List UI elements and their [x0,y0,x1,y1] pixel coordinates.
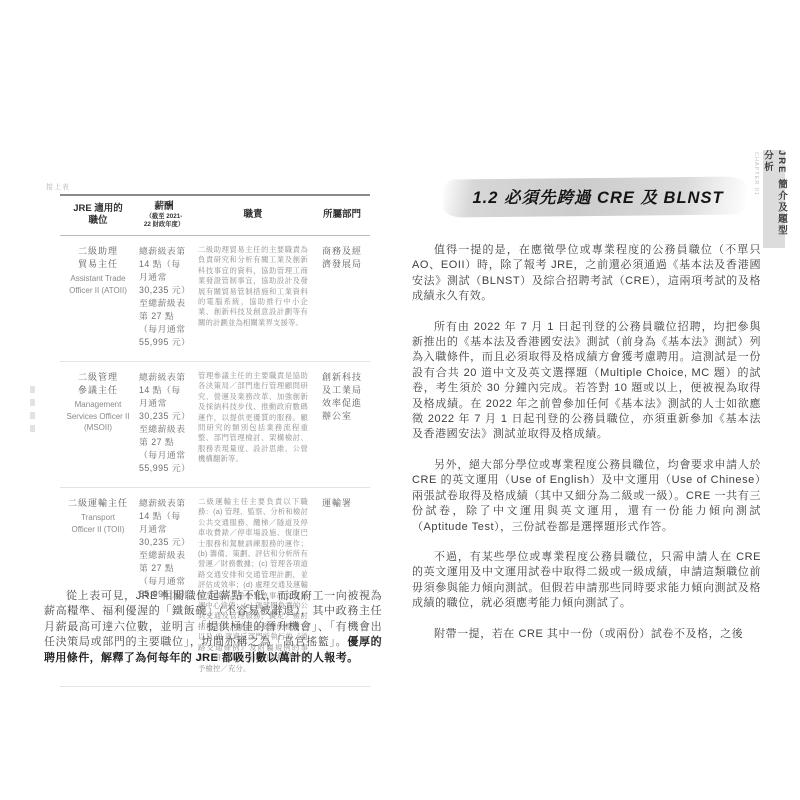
cell-position: 二級管理 參議主任 Management Services Officer II… [60,371,136,434]
department-name: 運輸署 [322,497,362,510]
position-name-zh: 二級助理 貿易主任 [60,245,136,271]
table-continuation-note: 接上表 [46,182,70,192]
cell-department: 運輸署 [314,497,370,510]
column-header-salary: 薪酬 （截至 2021- 22 財政年度） [136,201,192,229]
cell-department: 創新科技及工業局效率促進辦公室 [314,371,370,423]
body-paragraph: 附帶一提，若在 CRE 其中一份（或兩份）試卷不及格，之後 [412,627,761,642]
column-header-salary-subtitle: （截至 2021- 22 財政年度） [139,213,189,229]
right-page-body: 值得一提的是，在應徵學位或專業程度的公務員職位（不單只 AO、EOII）時，除了… [412,243,761,657]
chapter-number-label: CHAPTER 01 [753,152,759,196]
table-row: 二級管理 參議主任 Management Services Officer II… [60,362,370,488]
position-name-en: Assistant Trade Officer II (ATOII) [60,273,136,296]
body-paragraph: 所有由 2022 年 7 月 1 日起刊登的公務員職位招聘，均把參與新推出的《基… [412,320,761,443]
section-heading: 1.2 必須先跨過 CRE 及 BLNST [448,184,748,208]
column-header-position: JRE 適用的 職位 [60,203,136,227]
chapter-tab-title: JRE 簡介及題型分析 [760,150,788,248]
position-name-en: Management Services Officer II (MSOII) [60,399,136,434]
position-name-zh: 二級管理 參議主任 [60,371,136,397]
column-header-department: 所屬部門 [314,209,370,221]
body-paragraph: 另外，絕大部分學位或專業程度公務員職位，均會要求申請人於 CRE 的英文運用（U… [412,458,761,535]
department-name: 創新科技及工業局效率促進辦公室 [322,371,362,423]
table-row: 二級助理 貿易主任 Assistant Trade Officer II (AT… [60,236,370,362]
position-name-zh: 二級運輸主任 [60,497,136,510]
column-header-salary-title: 薪酬 [154,201,173,212]
spine-shadow [30,386,36,470]
cell-position: 二級助理 貿易主任 Assistant Trade Officer II (AT… [60,245,136,296]
cell-duties: 二級助理貿易主任的主要職責為負責研究和分析有關工業及創新科技事宜的資料，協助管理… [192,245,314,328]
chapter-edge-tab: JRE 簡介及題型分析 [763,150,785,248]
column-header-duties: 職責 [192,209,314,221]
left-page-closing-paragraph: 從上表可見，JRE 相關職位起薪點不低，而政府工一向被視為薪高糧準、福利優渥的「… [44,589,382,666]
cell-salary: 總薪級表第 14 點（每月通常 30,235 元）至總薪級表第 27 點（每月通… [136,245,192,349]
position-name-en: Transport Officer II (TOII) [60,512,136,535]
book-spread-page: 接上表 JRE 適用的 職位 薪酬 （截至 2021- 22 財政年度） 職責 … [0,0,800,800]
cell-department: 商務及經濟發展局 [314,245,370,271]
table-header-row: JRE 適用的 職位 薪酬 （截至 2021- 22 財政年度） 職責 所屬部門 [60,194,370,236]
closing-paragraph-normal: 從上表可見，JRE 相關職位起薪點不低，而政府工一向被視為薪高糧準、福利優渥的「… [44,590,382,648]
body-paragraph: 值得一提的是，在應徵學位或專業程度的公務員職位（不單只 AO、EOII）時，除了… [412,243,761,305]
body-paragraph: 不過，有某些學位或專業程度公務員職位，只需申請人在 CRE 的英文運用及中文運用… [412,550,761,612]
cell-duties: 管理參議主任的主要職責是協助各決策局／部門進行管理顧問研究、營運及業務改革、加強… [192,371,314,465]
cell-salary: 總薪級表第 14 點（每月通常 30,235 元）至總薪級表第 27 點（每月通… [136,497,192,601]
cell-position: 二級運輸主任 Transport Officer II (TOII) [60,497,136,535]
cell-salary: 總薪級表第 14 點（每月通常 30,235 元）至總薪級表第 27 點（每月通… [136,371,192,475]
department-name: 商務及經濟發展局 [322,245,362,271]
